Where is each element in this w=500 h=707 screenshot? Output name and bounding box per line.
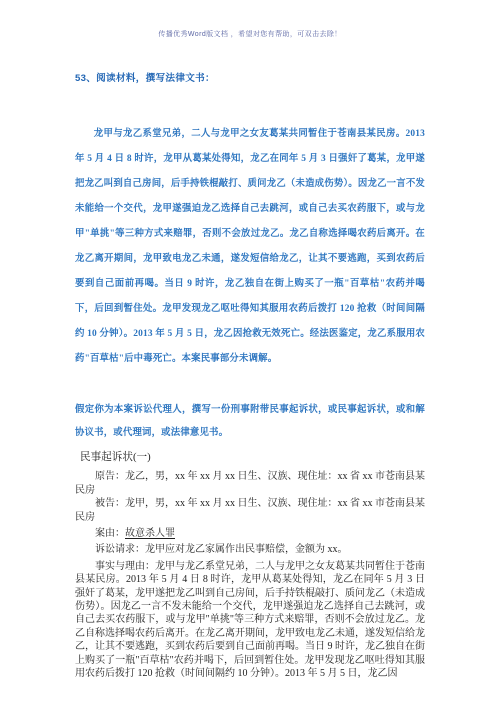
cause-value: 故意杀人罪 [125,528,175,539]
claim-line: 诉讼请求：龙甲应对龙乙家属作出民事赔偿，金额为 xx。 [75,543,425,556]
case-material-paragraph: 龙甲与龙乙系堂兄弟，二人与龙甲之女友葛某共同暂住于苍南县某民房。2013 年 5… [75,122,425,372]
assignment-instruction-paragraph: 假定你为本案诉讼代理人，撰写一份刑事附带民事起诉状，或民事起诉状，或和解协议书，… [75,399,425,445]
facts-and-reasons-paragraph: 事实与理由：龙甲与龙乙系堂兄弟，二人与龙甲之女友葛某共同暂住于苍南县某民房。20… [75,560,425,681]
word-document-page: 传播优秀Word版文档 ，希望对您有帮助，可双击去除！ 53、阅读材料，撰写法律… [0,0,500,707]
complaint-title: 民事起诉状(一) [75,451,425,464]
question-number-title: 53、阅读材料，撰写法律文书： [75,70,425,84]
promo-notice-banner[interactable]: 传播优秀Word版文档 ，希望对您有帮助，可双击去除！ [0,0,500,39]
civil-complaint-document: 民事起诉状(一) 原告：龙乙，男，xx 年 xx 月 xx 日生、汉族、现住址：… [75,451,425,681]
cause-label: 案由： [95,528,125,539]
cause-of-action-line: 案由：故意杀人罪 [75,527,425,540]
defendant-line: 被告：龙甲，男，xx 年 xx 月 xx 日生、汉族、现住址：xx 省 xx 市… [75,497,425,524]
plaintiff-line: 原告：龙乙，男，xx 年 xx 月 xx 日生、汉族、现住址：xx 省 xx 市… [75,470,425,497]
